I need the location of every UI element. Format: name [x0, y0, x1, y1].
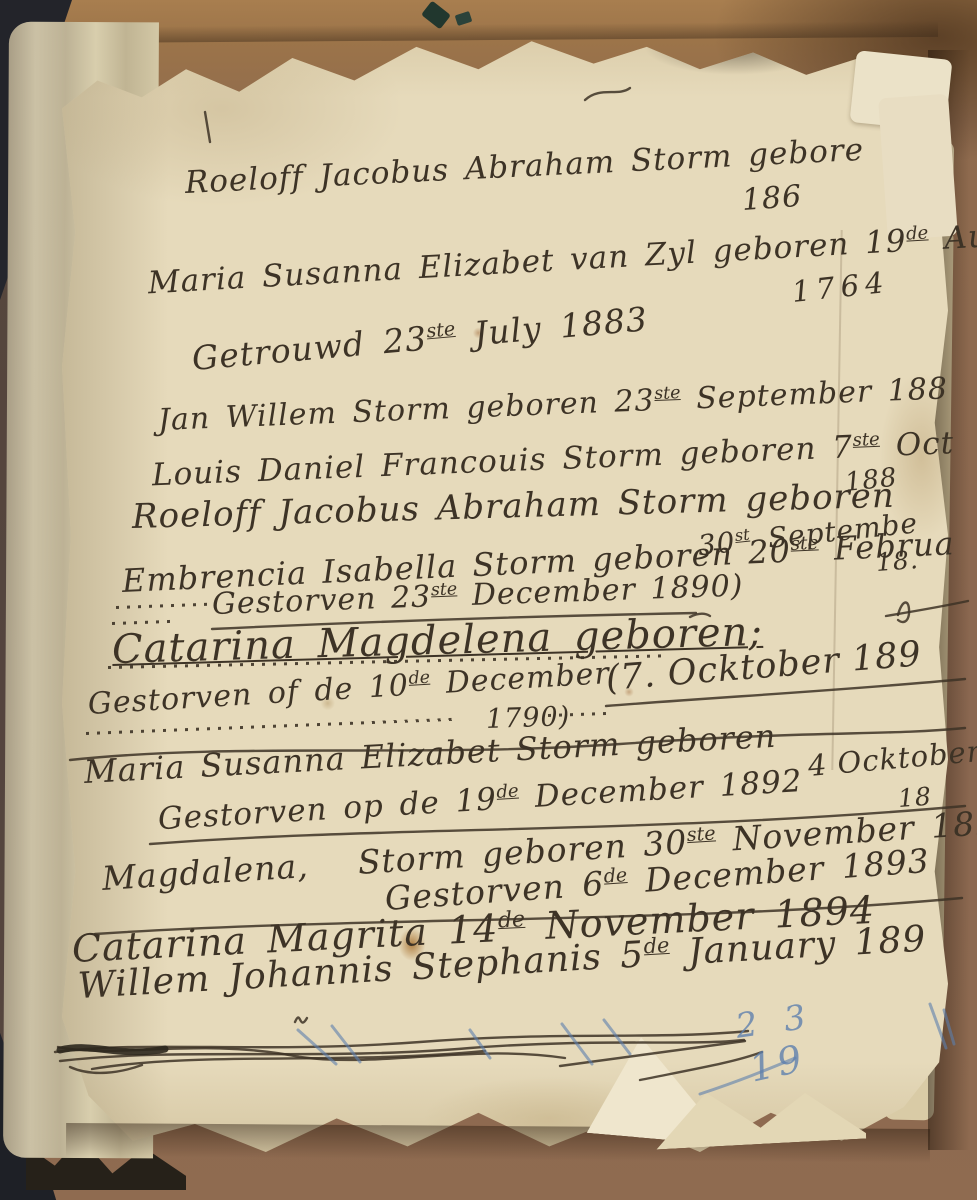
- blue-pencil-number: 2 3: [734, 999, 816, 1044]
- ordinal-suffix: ste: [790, 533, 819, 555]
- entry-roeloff-sr-year: 186: [741, 182, 803, 216]
- ordinal-suffix: ste: [686, 821, 716, 846]
- entry-text: 18.: [875, 545, 920, 577]
- blue-pencil-number: 19: [746, 1039, 809, 1088]
- paper-patch: [878, 94, 958, 241]
- entry-text: 186: [741, 179, 804, 218]
- ordinal-suffix: de: [496, 781, 519, 803]
- ordinal-suffix: de: [408, 668, 431, 689]
- ordinal-suffix: de: [603, 863, 628, 888]
- ordinal-suffix: ste: [425, 317, 456, 342]
- ordinal-suffix: ste: [654, 383, 681, 404]
- ordinal-suffix: de: [906, 222, 929, 244]
- ordinal-suffix: de: [643, 933, 670, 958]
- ordinal-suffix: de: [497, 907, 525, 933]
- ordinal-suffix: ste: [852, 429, 880, 451]
- photo-of-handwritten-register: Roeloff Jacobus Abraham Storm gebore 186…: [0, 0, 977, 1200]
- entry-text: Oct: [879, 425, 954, 464]
- entry-embrencia-year: 18.: [875, 547, 919, 575]
- ordinal-suffix: ste: [431, 579, 458, 600]
- entry-text: Augu: [928, 216, 977, 258]
